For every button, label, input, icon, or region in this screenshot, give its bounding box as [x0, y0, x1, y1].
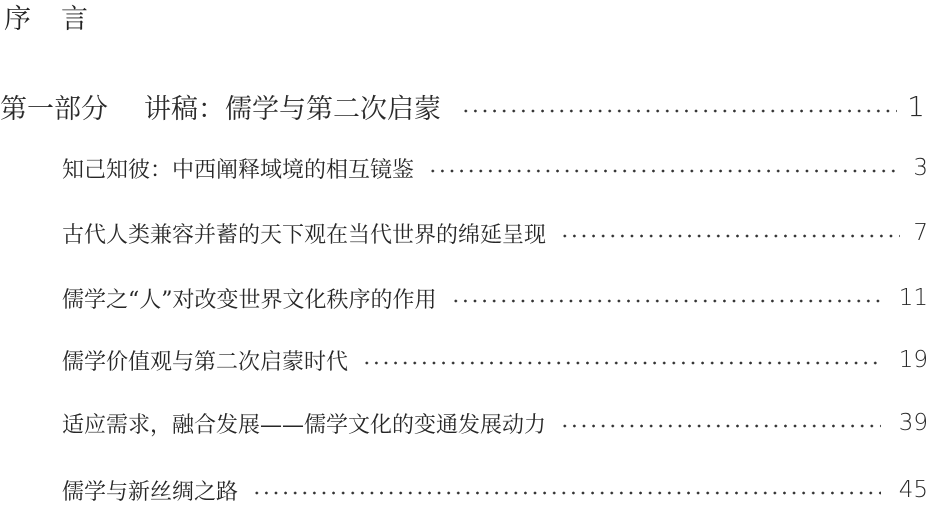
toc-chapter-entry[interactable]: 古代人类兼容并蓄的天下观在当代世界的绵延呈现 7 [62, 215, 928, 251]
toc-chapter-entry[interactable]: 儒学与新丝绸之路 45 [62, 472, 928, 508]
chapter-title: 古代人类兼容并蓄的天下观在当代世界的绵延呈现 [62, 218, 546, 249]
page-number: 11 [899, 285, 928, 311]
chapter-title: 知己知彼：中西阐释域境的相互镜鉴 [62, 153, 414, 184]
preface-heading: 序言 [4, 2, 88, 38]
chapter-title: 适应需求，融合发展——儒学文化的变通发展动力 [62, 408, 546, 439]
page-number: 7 [906, 220, 928, 246]
toc-chapter-entry[interactable]: 儒学之“人”对改变世界文化秩序的作用 11 [62, 280, 928, 316]
toc-part-entry[interactable]: 第一部分 讲稿：儒学与第二次启蒙 1 [0, 86, 925, 126]
page-number: 39 [899, 410, 928, 436]
chapter-title: 儒学之“人”对改变世界文化秩序的作用 [62, 283, 437, 314]
preface-char-2: 言 [61, 2, 88, 38]
dot-leader [428, 169, 900, 173]
part-title: 讲稿：儒学与第二次启蒙 [144, 87, 441, 126]
toc-chapter-entry[interactable]: 儒学价值观与第二次启蒙时代 19 [62, 342, 928, 378]
preface-char-1: 序 [4, 2, 31, 38]
part-label: 第一部分 [0, 87, 108, 126]
page-number: 3 [906, 155, 928, 181]
dot-leader [451, 299, 881, 303]
dot-leader [362, 361, 881, 365]
page-number: 1 [907, 90, 925, 123]
page-number: 19 [899, 347, 928, 373]
dot-leader [560, 234, 900, 238]
chapter-title: 儒学价值观与第二次启蒙时代 [62, 345, 348, 376]
dot-leader [252, 491, 881, 495]
dot-leader [560, 424, 881, 428]
toc-chapter-entry[interactable]: 知己知彼：中西阐释域境的相互镜鉴 3 [62, 150, 928, 186]
chapter-title: 儒学与新丝绸之路 [62, 475, 238, 506]
page-number: 45 [899, 477, 928, 503]
toc-chapter-entry[interactable]: 适应需求，融合发展——儒学文化的变通发展动力 39 [62, 405, 928, 441]
dot-leader [461, 109, 897, 113]
